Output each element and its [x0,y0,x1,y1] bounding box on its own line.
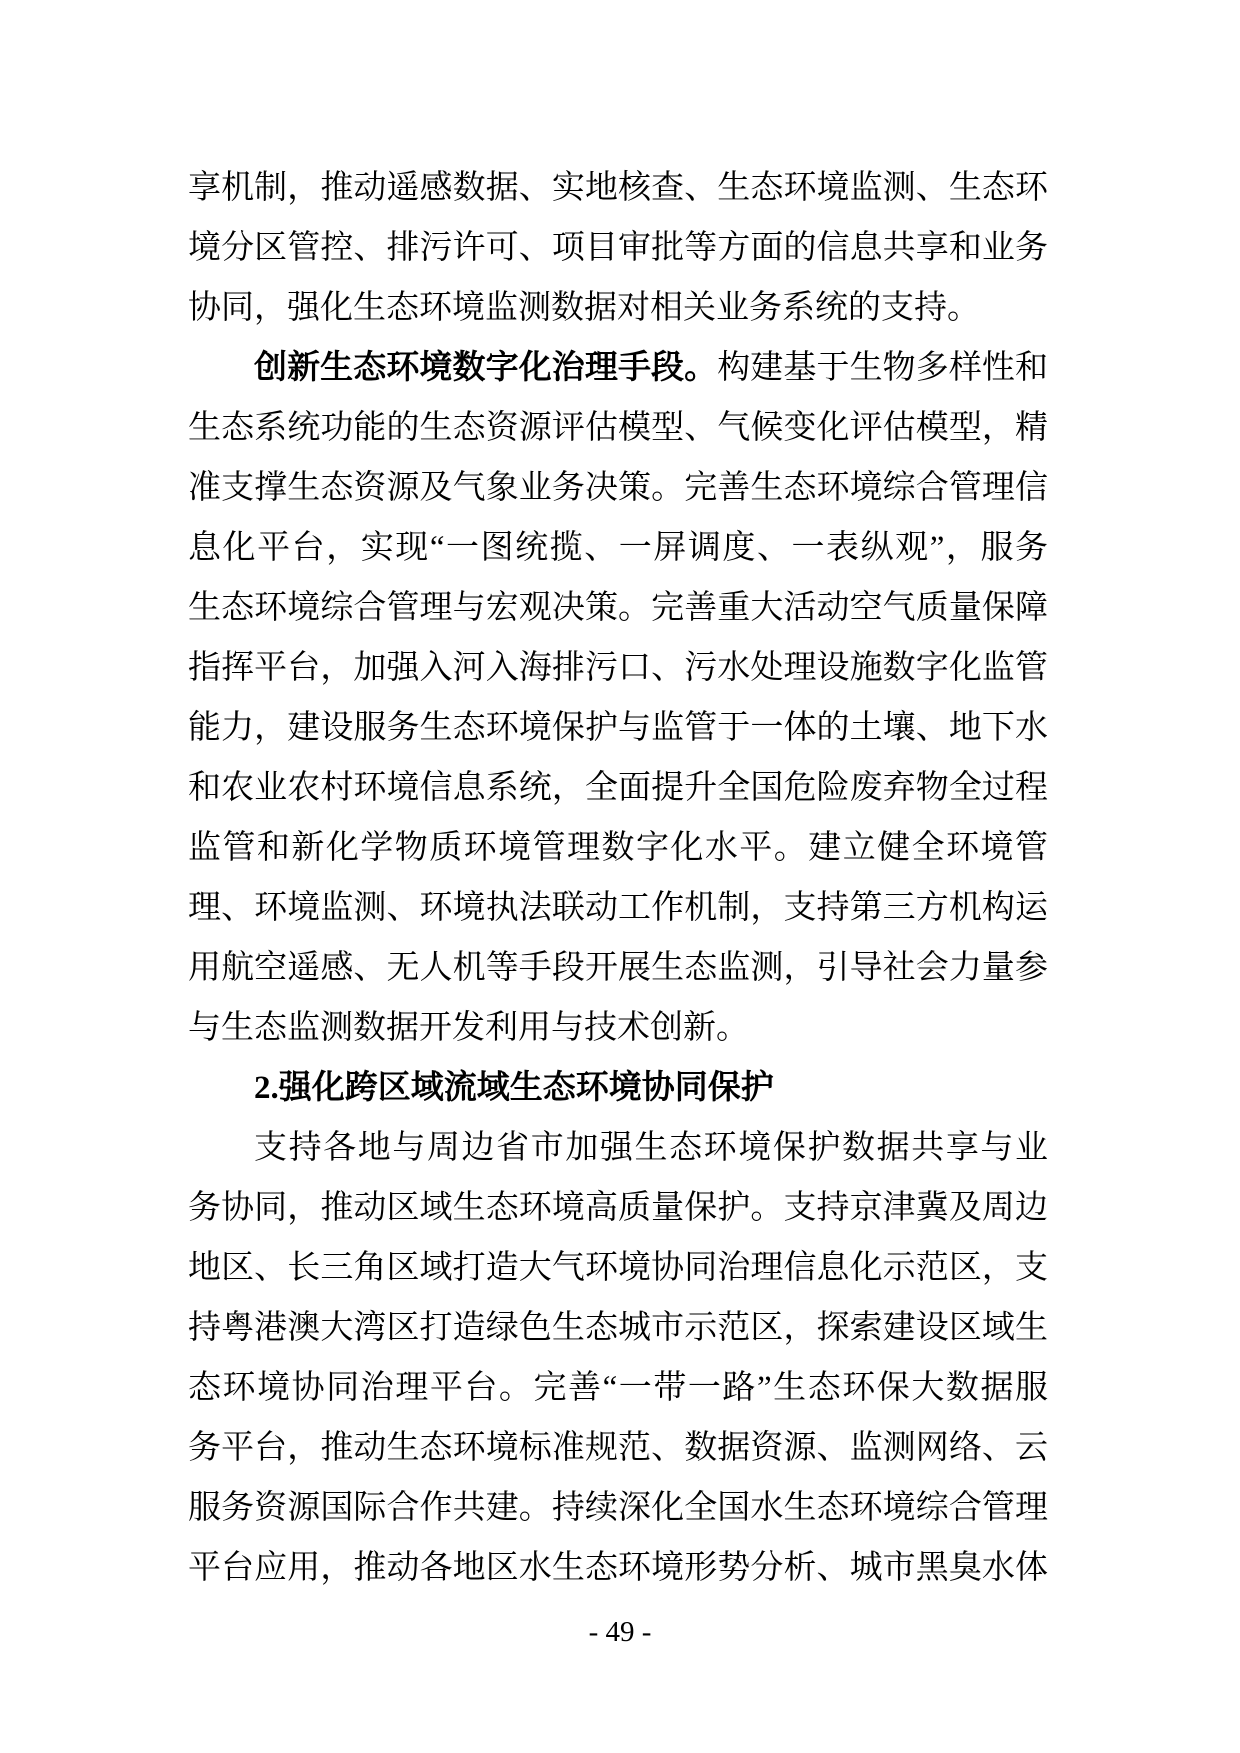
line-text: 服务资源国际合作共建。持续深化全国水生态环境综合管理 [188,1490,1048,1526]
line-text: 准支撑生态资源及气象业务决策。完善生态环境综合管理信 [188,470,1048,506]
body-line: 与生态监测数据开发利用与技术创新。 [188,998,1048,1058]
body-line: 务平台，推动生态环境标准规范、数据资源、监测网络、云 [188,1418,1048,1478]
section-heading-line: 2.强化跨区域流域生态环境协同保护 [188,1058,1048,1118]
body-line: 息化平台，实现“一图统揽、一屏调度、一表纵观”，服务 [188,518,1048,578]
line-text: 理、环境监测、环境执法联动工作机制，支持第三方机构运 [188,890,1048,926]
document-page: 享机制，推动遥感数据、实地核查、生态环境监测、生态环 境分区管控、排污许可、项目… [0,0,1240,1753]
line-text: 协同，强化生态环境监测数据对相关业务系统的支持。 [188,290,980,326]
body-line: 协同，强化生态环境监测数据对相关业务系统的支持。 [188,278,1048,338]
body-line: 享机制，推动遥感数据、实地核查、生态环境监测、生态环 [188,158,1048,218]
line-text: 务协同，推动区域生态环境高质量保护。支持京津冀及周边 [188,1190,1048,1226]
body-line: 和农业农村环境信息系统，全面提升全国危险废弃物全过程 [188,758,1048,818]
line-text: 与生态监测数据开发利用与技术创新。 [188,1010,749,1046]
line-text: 境分区管控、排污许可、项目审批等方面的信息共享和业务 [188,230,1048,266]
body-line: 监管和新化学物质环境管理数字化水平。建立健全环境管 [188,818,1048,878]
line-text: 和农业农村环境信息系统，全面提升全国危险废弃物全过程 [188,770,1048,806]
body-line: 境分区管控、排污许可、项目审批等方面的信息共享和业务 [188,218,1048,278]
body-line: 理、环境监测、环境执法联动工作机制，支持第三方机构运 [188,878,1048,938]
body-line: 地区、长三角区域打造大气环境协同治理信息化示范区，支 [188,1238,1048,1298]
body-line: 用航空遥感、无人机等手段开展生态监测，引导社会力量参 [188,938,1048,998]
body-line: 准支撑生态资源及气象业务决策。完善生态环境综合管理信 [188,458,1048,518]
document-body: 享机制，推动遥感数据、实地核查、生态环境监测、生态环 境分区管控、排污许可、项目… [188,158,1048,1598]
body-line: 平台应用，推动各地区水生态环境形势分析、城市黑臭水体 [188,1538,1048,1598]
line-text: 指挥平台，加强入河入海排污口、污水处理设施数字化监管 [188,650,1048,686]
body-line: 支持各地与周边省市加强生态环境保护数据共享与业 [188,1118,1048,1178]
line-text: 务平台，推动生态环境标准规范、数据资源、监测网络、云 [188,1430,1048,1466]
line-text: 态环境协同治理平台。完善“一带一路”生态环保大数据服 [188,1370,1048,1406]
body-line: 服务资源国际合作共建。持续深化全国水生态环境综合管理 [188,1478,1048,1538]
line-text: 生态环境综合管理与宏观决策。完善重大活动空气质量保障 [188,590,1048,626]
line-text: 构建基于生物多样性和 [717,350,1048,386]
body-line: 能力，建设服务生态环境保护与监管于一体的土壤、地下水 [188,698,1048,758]
line-text: 持粤港澳大湾区打造绿色生态城市示范区，探索建设区域生 [188,1310,1048,1346]
body-line: 生态系统功能的生态资源评估模型、气候变化评估模型，精 [188,398,1048,458]
body-line: 生态环境综合管理与宏观决策。完善重大活动空气质量保障 [188,578,1048,638]
line-text: 息化平台，实现“一图统揽、一屏调度、一表纵观”，服务 [188,530,1048,566]
line-text: 平台应用，推动各地区水生态环境形势分析、城市黑臭水体 [188,1550,1048,1586]
line-text: 用航空遥感、无人机等手段开展生态监测，引导社会力量参 [188,950,1048,986]
body-line: 持粤港澳大湾区打造绿色生态城市示范区，探索建设区域生 [188,1298,1048,1358]
body-line: 务协同，推动区域生态环境高质量保护。支持京津冀及周边 [188,1178,1048,1238]
line-text: 享机制，推动遥感数据、实地核查、生态环境监测、生态环 [188,170,1048,206]
body-line: 指挥平台，加强入河入海排污口、污水处理设施数字化监管 [188,638,1048,698]
body-line: 态环境协同治理平台。完善“一带一路”生态环保大数据服 [188,1358,1048,1418]
line-text: 能力，建设服务生态环境保护与监管于一体的土壤、地下水 [188,710,1048,746]
page-number: - 49 - [0,1616,1240,1648]
body-line: 创新生态环境数字化治理手段。构建基于生物多样性和 [188,338,1048,398]
line-text: 地区、长三角区域打造大气环境协同治理信息化示范区，支 [188,1250,1048,1286]
line-text: 支持各地与周边省市加强生态环境保护数据共享与业 [254,1130,1048,1166]
inline-heading-bold: 创新生态环境数字化治理手段。 [254,350,717,386]
line-text: 生态系统功能的生态资源评估模型、气候变化评估模型，精 [188,410,1048,446]
line-text: 监管和新化学物质环境管理数字化水平。建立健全环境管 [188,830,1048,866]
section-heading-text: 2.强化跨区域流域生态环境协同保护 [254,1070,774,1106]
